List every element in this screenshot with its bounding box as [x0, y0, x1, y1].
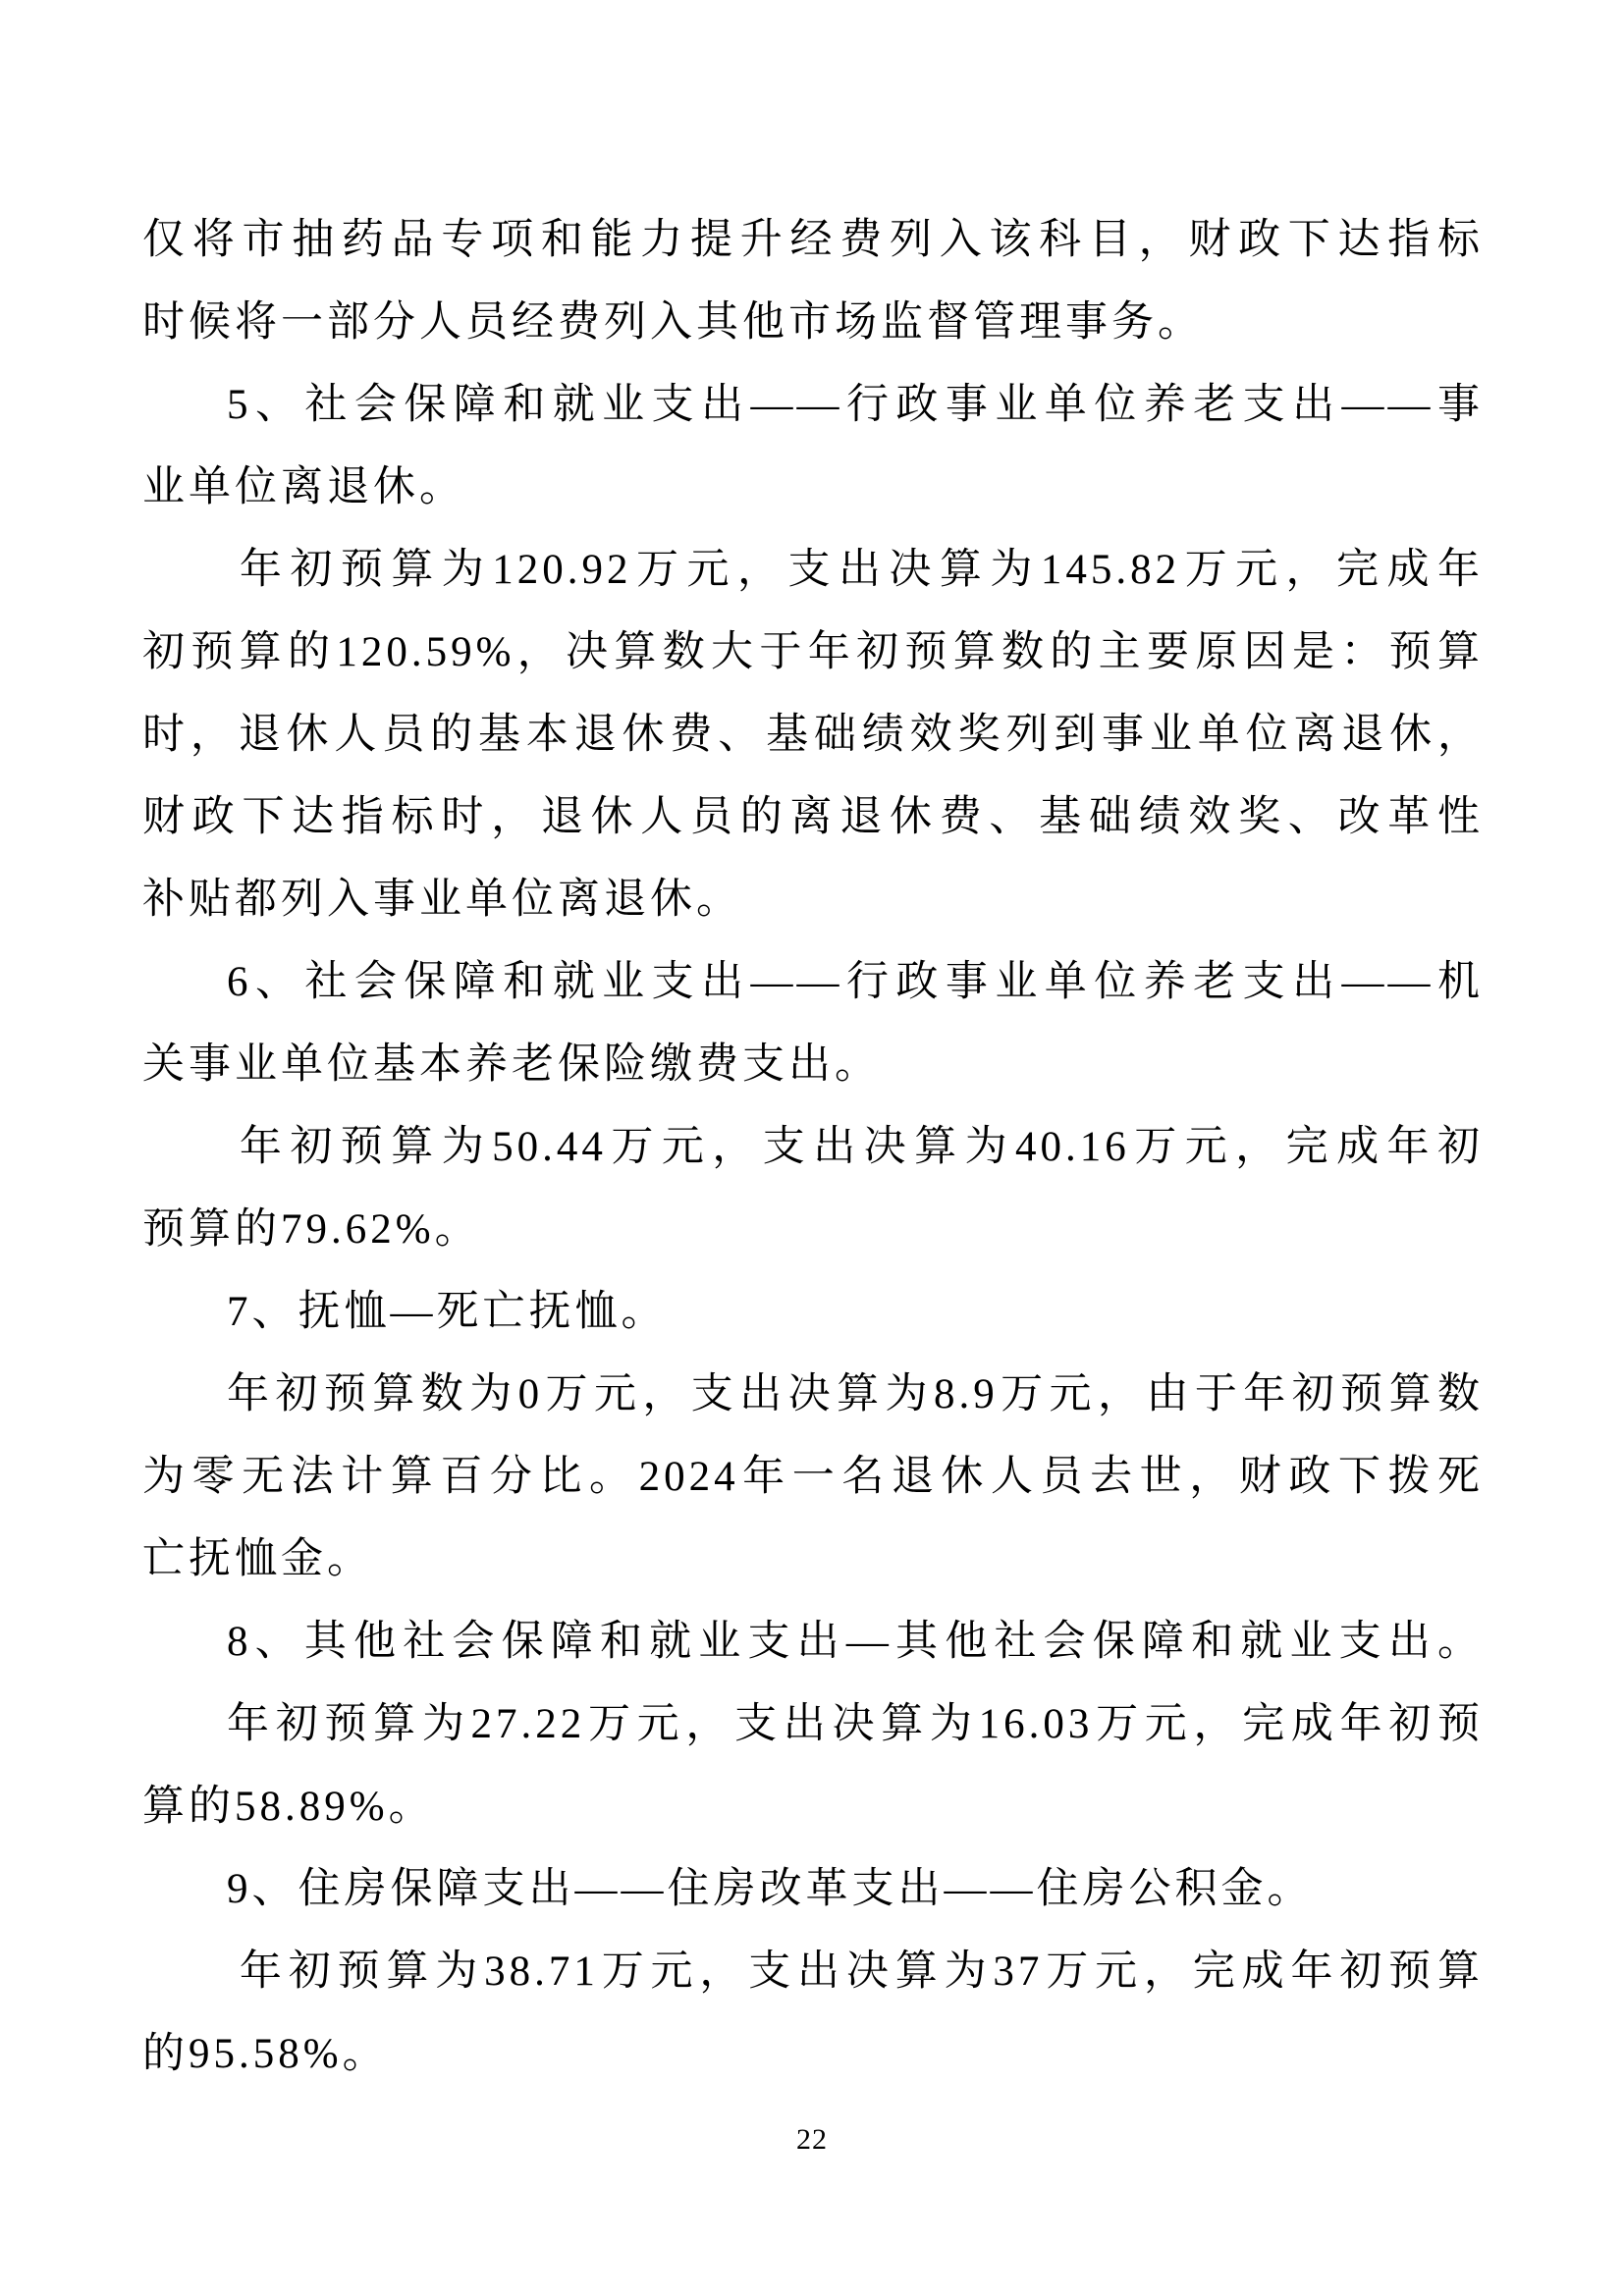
- text-line: 6、社会保障和就业支出——行政事业单位养老支出——机: [142, 941, 1484, 1024]
- text-line: 预算的79.62%。: [142, 1189, 1484, 1271]
- text-line: 年初预算为120.92万元，支出决算为145.82万元，完成年: [142, 529, 1484, 612]
- document-page: 仅将市抽药品专项和能力提升经费列入该科目，财政下达指标时候将一部分人员经费列入其…: [0, 0, 1624, 2296]
- text-line: 年初预算为38.71万元，支出决算为37万元，完成年初预算: [142, 1931, 1484, 2013]
- page-number: 22: [796, 2123, 828, 2156]
- page-footer: 22: [0, 2110, 1624, 2169]
- text-line: 8、其他社会保障和就业支出—其他社会保障和就业支出。: [142, 1601, 1484, 1683]
- text-line: 时，退休人员的基本退休费、基础绩效奖列到事业单位离退休，: [142, 694, 1484, 776]
- text-line: 为零无法计算百分比。2024年一名退休人员去世，财政下拨死: [142, 1436, 1484, 1519]
- text-line: 关事业单位基本养老保险缴费支出。: [142, 1024, 1484, 1106]
- text-line: 的95.58%。: [142, 2013, 1484, 2096]
- text-line: 初预算的120.59%，决算数大于年初预算数的主要原因是：预算: [142, 612, 1484, 694]
- text-line: 7、抚恤—死亡抚恤。: [142, 1271, 1484, 1354]
- text-line: 时候将一部分人员经费列入其他市场监督管理事务。: [142, 282, 1484, 364]
- text-line: 仅将市抽药品专项和能力提升经费列入该科目，财政下达指标: [142, 199, 1484, 282]
- text-line: 5、社会保障和就业支出——行政事业单位养老支出——事: [142, 364, 1484, 447]
- text-line: 9、住房保障支出——住房改革支出——住房公积金。: [142, 1848, 1484, 1931]
- text-line: 亡抚恤金。: [142, 1519, 1484, 1601]
- text-line: 年初预算为50.44万元，支出决算为40.16万元，完成年初: [142, 1106, 1484, 1189]
- text-line: 补贴都列入事业单位离退休。: [142, 859, 1484, 941]
- text-block: 仅将市抽药品专项和能力提升经费列入该科目，财政下达指标时候将一部分人员经费列入其…: [142, 199, 1484, 2096]
- text-line: 年初预算数为0万元，支出决算为8.9万元，由于年初预算数: [142, 1354, 1484, 1436]
- text-line: 业单位离退休。: [142, 447, 1484, 529]
- text-line: 年初预算为27.22万元，支出决算为16.03万元，完成年初预: [142, 1683, 1484, 1766]
- text-line: 算的58.89%。: [142, 1766, 1484, 1848]
- text-line: 财政下达指标时，退休人员的离退休费、基础绩效奖、改革性: [142, 776, 1484, 859]
